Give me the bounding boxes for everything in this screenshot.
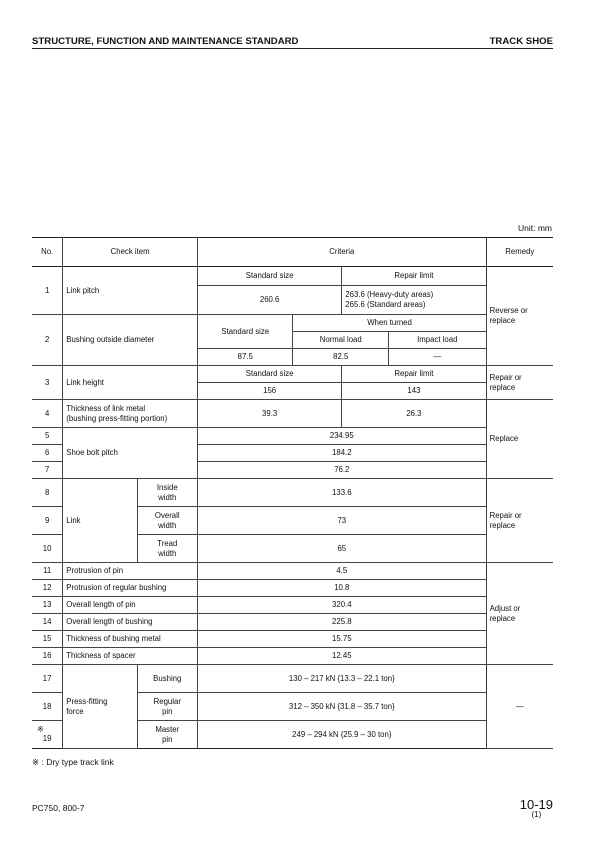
- page-header: STRUCTURE, FUNCTION AND MAINTENANCE STAN…: [32, 35, 553, 49]
- col-criteria: Criteria: [198, 238, 487, 267]
- table-row: 11 Protrusion of pin 4.5 Adjust or repla…: [32, 563, 553, 580]
- model-label: PC750, 800-7: [32, 803, 84, 813]
- table-row: 13 Overall length of pin 320.4: [32, 597, 553, 614]
- table-row: 8 Link Insidewidth 133.6 Repair or repla…: [32, 479, 553, 507]
- unit-label: Unit: mm: [518, 223, 552, 233]
- table-row: 14 Overall length of bushing 225.8: [32, 614, 553, 631]
- col-no: No.: [32, 238, 63, 267]
- remedy-cell: Repair or replace: [486, 366, 553, 400]
- remedy-cell: Reverse or replace: [486, 267, 553, 366]
- footnote: ※ : Dry type track link: [32, 757, 114, 768]
- dry-type-mark: ※: [35, 726, 59, 734]
- table-row: 17 Press-fitting force Bushing 130 – 217…: [32, 665, 553, 693]
- table-row: 1 Link pitch Standard size Repair limit …: [32, 267, 553, 286]
- remedy-cell: Replace: [486, 400, 553, 479]
- table-row: 5 Shoe bolt pitch 234.95: [32, 428, 553, 445]
- table-header-row: No. Check item Criteria Remedy: [32, 238, 553, 267]
- table-row: 3 Link height Standard size Repair limit…: [32, 366, 553, 383]
- col-remedy: Remedy: [486, 238, 553, 267]
- section-title: STRUCTURE, FUNCTION AND MAINTENANCE STAN…: [32, 36, 298, 47]
- table-row: 12 Protrusion of regular bushing 10.8: [32, 580, 553, 597]
- table-row: 15 Thickness of bushing metal 15.75: [32, 631, 553, 648]
- page-number: 10-19 (1): [520, 797, 553, 819]
- table-row: 4 Thickness of link metal (bushing press…: [32, 400, 553, 428]
- remedy-cell: Adjust or replace: [486, 563, 553, 665]
- topic-title: TRACK SHOE: [490, 36, 553, 47]
- remedy-cell: Repair or replace: [486, 479, 553, 563]
- col-check-item: Check item: [63, 238, 198, 267]
- table-row: 2 Bushing outside diameter Standard size…: [32, 315, 553, 332]
- table-row: 16 Thickness of spacer 12.45: [32, 648, 553, 665]
- maintenance-standard-table: No. Check item Criteria Remedy 1 Link pi…: [32, 237, 553, 749]
- remedy-cell: —: [486, 665, 553, 749]
